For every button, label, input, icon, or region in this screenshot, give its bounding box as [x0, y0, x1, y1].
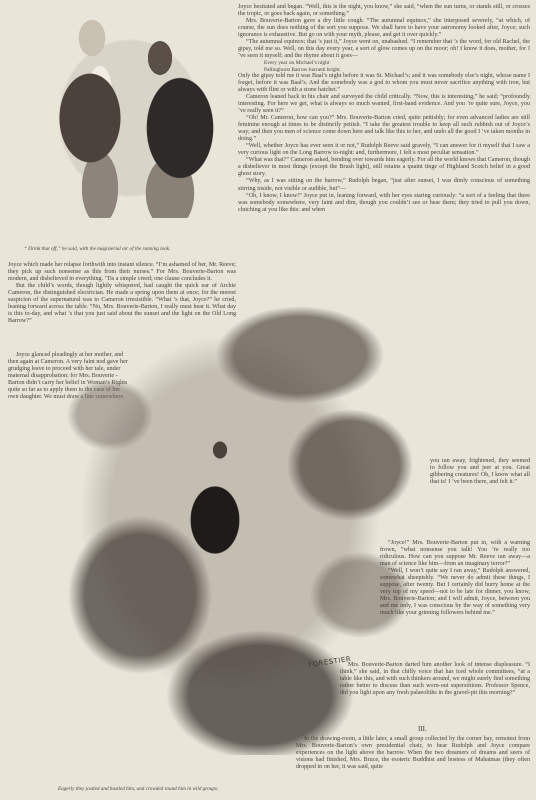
paragraph: “The autumnal equinox; that ’s just it,”…	[238, 39, 530, 60]
paragraph: “What was that?” Cameron asked, bending …	[238, 157, 530, 178]
paragraph: In the drawing-room, a little later, a s…	[296, 736, 530, 771]
newspaper-page: “ Drink that off,” he said, with the mag…	[0, 0, 536, 800]
paragraph: you ran away, frightened, they seemed to…	[430, 458, 530, 486]
right-column-lower-text: Mrs. Bouverie-Barton darted him another …	[340, 662, 530, 697]
paragraph: “Well, whether Joyce has ever seen it or…	[238, 143, 530, 157]
right-column-top-text: Joyce hesitated and began. “Well, this i…	[238, 4, 530, 214]
right-column-narrow-text: you ran away, frightened, they seemed to…	[430, 458, 530, 486]
main-illustration-caption: Eagerly they jostled and hustled him, an…	[58, 786, 218, 792]
paragraph: Only the gipsy told me it was Baal’s nig…	[238, 73, 530, 94]
paragraph: Mrs. Bouverie-Barton darted him another …	[340, 662, 530, 697]
paragraph: “Joyce!” Mrs. Bouverie-Barton put in, wi…	[380, 540, 530, 568]
top-illustration-caption: “ Drink that off,” he said, with the mag…	[24, 246, 170, 252]
verse: Every year on Michael’s night Pallinghur…	[264, 60, 530, 72]
illustration-two-gentlemen	[20, 8, 228, 218]
paragraph: “Oh, I know, I know!” Joyce put in, lean…	[238, 193, 530, 214]
paragraph: “Why, as I was sitting on the barrow,” R…	[238, 178, 530, 192]
paragraph: Joyce hesitated and began. “Well, this i…	[238, 4, 530, 18]
paragraph: “Well, I won’t quite say I ran away,” Ru…	[380, 568, 530, 617]
paragraph: Mrs. Bouverie-Barton gave a dry little c…	[238, 18, 530, 39]
section-three-text: In the drawing-room, a little later, a s…	[296, 736, 530, 771]
paragraph: “Oh! Mr. Cameron, how can you?” Mrs. Bou…	[238, 115, 530, 143]
paragraph: Cameron leaned back in his chair and sur…	[238, 94, 530, 115]
right-column-mid-text: “Joyce!” Mrs. Bouverie-Barton put in, wi…	[380, 540, 530, 618]
section-heading: III.	[418, 725, 427, 733]
